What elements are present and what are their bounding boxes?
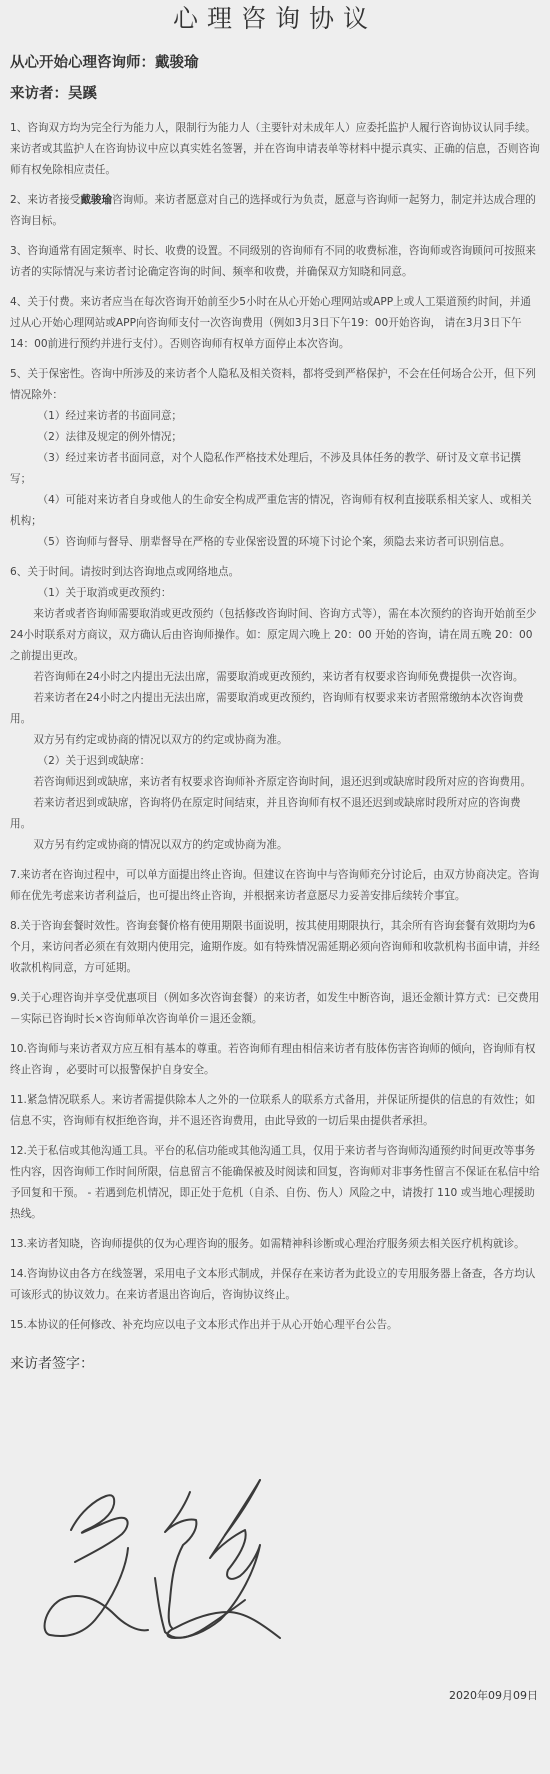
- clause-6-sub2-line-2: 若来访者迟到或缺席，咨询将仍在原定时间结束，并且咨询师有权不退还迟到或缺席时段所…: [10, 793, 540, 835]
- clause-7: 7.来访者在咨询过程中，可以单方面提出终止咨询。但建议在咨询中与咨询师充分讨论后…: [10, 865, 540, 907]
- clause-5-item-3: （3）经过来访者书面同意，对个人隐私作严格技术处理后，不涉及具体任务的教学、研讨…: [10, 448, 540, 490]
- clause-2-counselor-name: 戴骏瑜: [80, 194, 112, 206]
- clause-2: 2、来访者接受戴骏瑜咨询师。来访者愿意对自己的选择或行为负责，愿意与咨询师一起努…: [10, 190, 540, 232]
- clause-5-intro: 5、关于保密性。咨询中所涉及的来访者个人隐私及相关资料，都将受到严格保护，不会在…: [10, 364, 540, 406]
- clause-6-sub1-line-1: 来访者或者咨询师需要取消或更改预约（包括修改咨询时间、咨询方式等），需在本次预约…: [10, 604, 540, 667]
- clause-1: 1、咨询双方均为完全行为能力人，限制行为能力人（主要针对未成年人）应委托监护人履…: [10, 118, 540, 181]
- clause-5-item-5: （5）咨询师与督导、朋辈督导在严格的专业保密设置的环境下讨论个案，须隐去来访者可…: [10, 532, 540, 553]
- clause-6-sub2-title: （2）关于迟到或缺席：: [10, 751, 540, 772]
- visitor-label: 来访者：: [10, 86, 68, 102]
- page-title: 心理咨询协议: [10, 0, 540, 40]
- visitor-name: 吴蹊: [68, 86, 97, 102]
- clause-3: 3、咨询通常有固定频率、时长、收费的设置。不同级别的咨询师有不同的收费标准，咨询…: [10, 241, 540, 283]
- clause-10: 10.咨询师与来访者双方应互相有基本的尊重。若咨询师有理由相信来访者有肢体伤害咨…: [10, 1039, 540, 1081]
- clause-5: 5、关于保密性。咨询中所涉及的来访者个人隐私及相关资料，都将受到严格保护，不会在…: [10, 364, 540, 553]
- counselor-label: 从心开始心理咨询师：: [10, 55, 155, 71]
- clause-8: 8.关于咨询套餐时效性。咨询套餐价格有使用期限书面说明，按其使用期限执行，其余所…: [10, 916, 540, 979]
- clause-13: 13.来访者知晓，咨询师提供的仅为心理咨询的服务。如需精神科诊断或心理治疗服务须…: [10, 1234, 540, 1255]
- clause-4: 4、关于付费。来访者应当在每次咨询开始前至少5小时在从心开始心理网站或APP上或…: [10, 292, 540, 355]
- clause-6-sub2-line-1: 若咨询师迟到或缺席，来访者有权要求咨询师补齐原定咨询时间，退还迟到或缺席时段所对…: [10, 772, 540, 793]
- clause-14: 14.咨询协议由各方在线签署，采用电子文本形式制成，并保存在来访者为此设立的专用…: [10, 1264, 540, 1306]
- clause-11: 11.紧急情况联系人。来访者需提供除本人之外的一位联系人的联系方式备用，并保证所…: [10, 1090, 540, 1132]
- clause-12: 12.关于私信或其他沟通工具。平台的私信功能或其他沟通工具，仅用于来访者与咨询师…: [10, 1141, 540, 1225]
- clause-5-item-1: （1）经过来访者的书面同意；: [10, 406, 540, 427]
- clause-6-sub1-title: （1）关于取消或更改预约：: [10, 583, 540, 604]
- counselor-name: 戴骏瑜: [155, 55, 199, 71]
- agreement-document: 心理咨询协议 从心开始心理咨询师：戴骏瑜 来访者：吴蹊 1、咨询双方均为完全行为…: [0, 0, 550, 1375]
- signature-date: 2020年09月09日: [449, 1687, 538, 1703]
- visitor-line: 来访者：吴蹊: [10, 83, 540, 105]
- clause-2-prefix: 2、来访者接受: [10, 194, 80, 206]
- clause-6-sub1-line-3: 若来访者在24小时之内提出无法出席，需要取消或更改预约，咨询师有权要求来访者照常…: [10, 688, 540, 730]
- clause-6-sub2-line-3: 双方另有约定或协商的情况以双方的约定或协商为准。: [10, 835, 540, 856]
- clause-6-sub1-line-2: 若咨询师在24小时之内提出无法出席，需要取消或更改预约，来访者有权要求咨询师免费…: [10, 667, 540, 688]
- counselor-line: 从心开始心理咨询师：戴骏瑜: [10, 52, 540, 74]
- clause-5-item-2: （2）法律及规定的例外情况；: [10, 427, 540, 448]
- agreement-body: 1、咨询双方均为完全行为能力人，限制行为能力人（主要针对未成年人）应委托监护人履…: [10, 118, 540, 1336]
- clause-6: 6、关于时间。请按时到达咨询地点或网络地点。 （1）关于取消或更改预约： 来访者…: [10, 562, 540, 856]
- clause-6-sub1-line-4: 双方另有约定或协商的情况以双方的约定或协商为准。: [10, 730, 540, 751]
- clause-5-item-4: （4）可能对来访者自身或他人的生命安全构成严重危害的情况，咨询师有权利直接联系相…: [10, 490, 540, 532]
- clause-15: 15.本协议的任何修改、补充均应以电子文本形式作出并于从心开始心理平台公告。: [10, 1315, 540, 1336]
- clause-6-intro: 6、关于时间。请按时到达咨询地点或网络地点。: [10, 562, 540, 583]
- clause-9: 9.关于心理咨询并享受优惠项目（例如多次咨询套餐）的来访者，如发生中断咨询，退还…: [10, 988, 540, 1030]
- signature-label: 来访者签字：: [10, 1353, 540, 1375]
- visitor-signature: [0, 1460, 550, 1660]
